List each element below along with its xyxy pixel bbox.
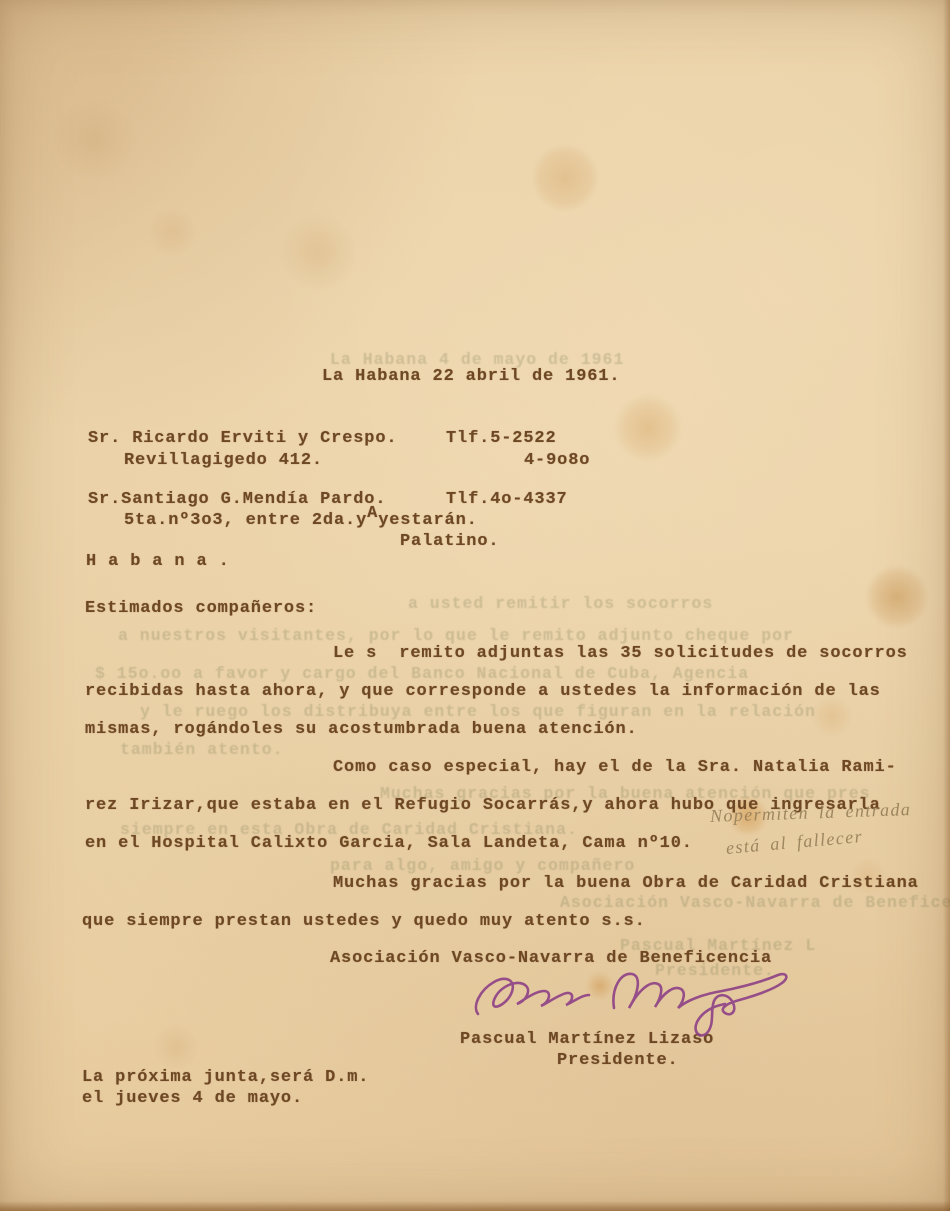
edge-vignette <box>0 0 950 1211</box>
scanned-letter-page: La Habana 4 de mayo de 1961a usted remit… <box>0 0 950 1211</box>
